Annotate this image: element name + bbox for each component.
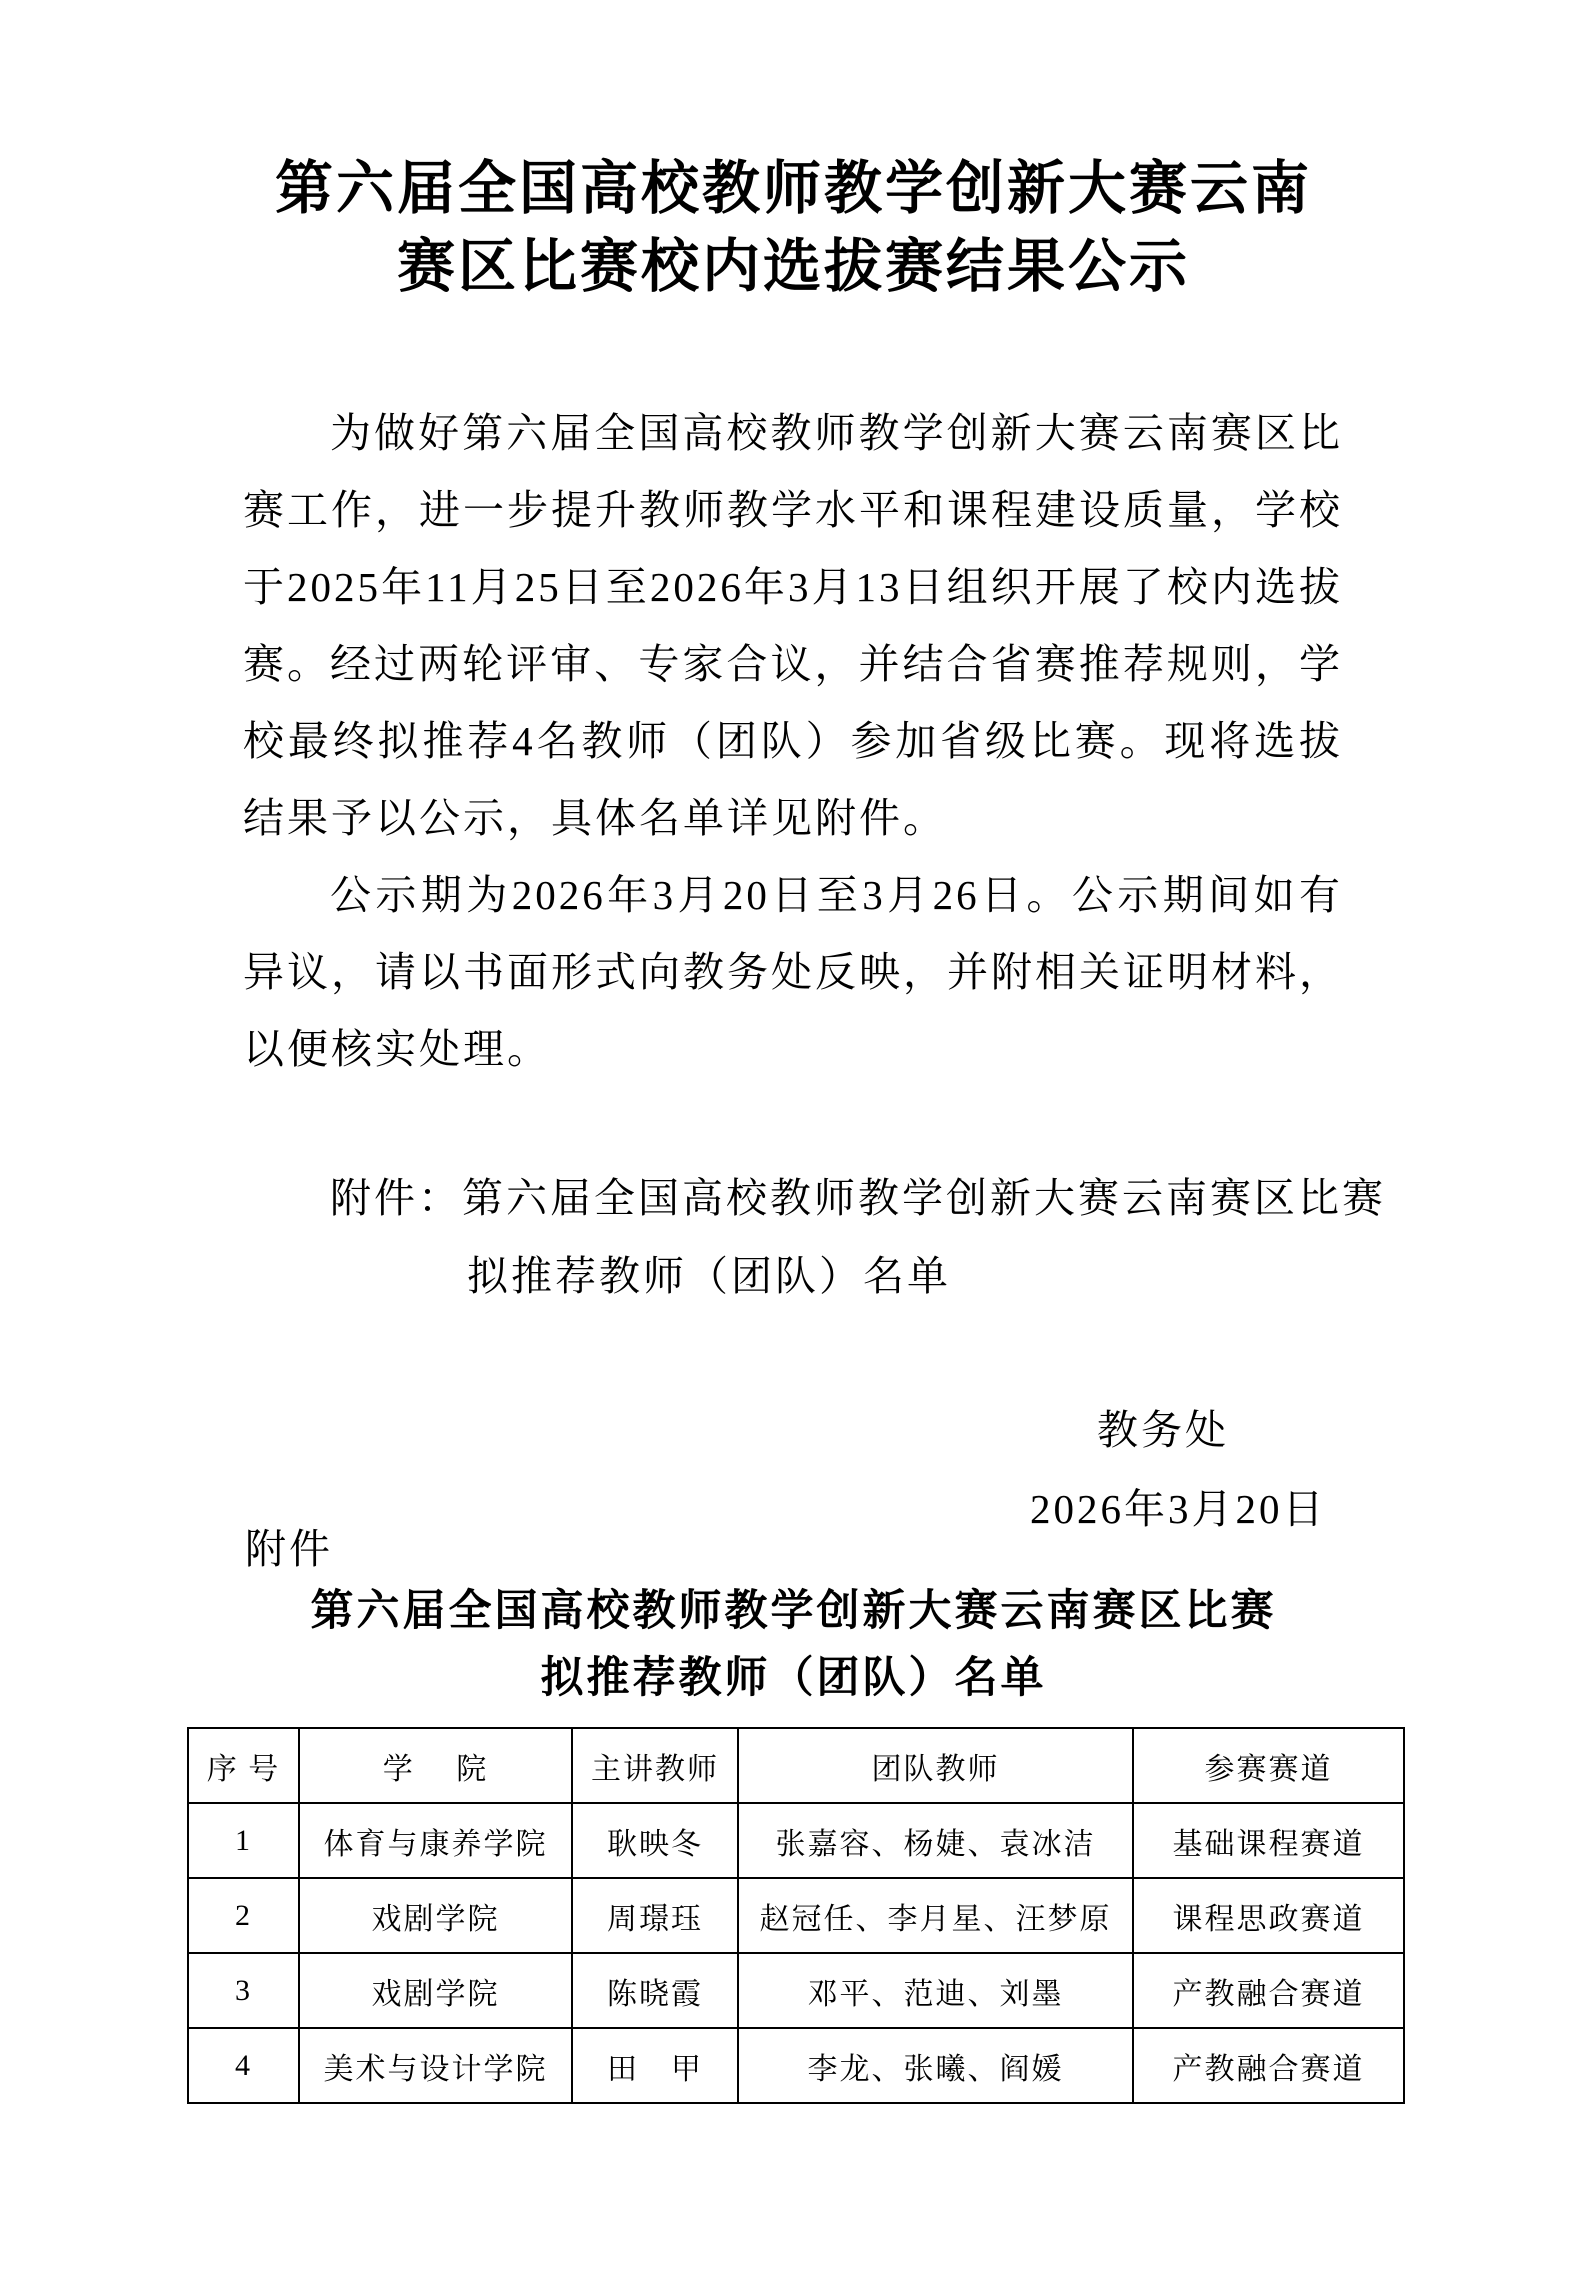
attachment-title-line-2: 拟推荐教师（团队）名单 bbox=[0, 1645, 1587, 1712]
table-row: 1 体育与康养学院 耿映冬 张嘉容、杨婕、袁冰洁 基础课程赛道 bbox=[188, 1803, 1404, 1878]
signature-date: 2026年3月20日 bbox=[1030, 1487, 1327, 1531]
page-title-line-1: 第六届全国高校教师教学创新大赛云南 bbox=[0, 150, 1587, 228]
header-track: 参赛赛道 bbox=[1133, 1728, 1404, 1803]
header-team-teachers: 团队教师 bbox=[738, 1728, 1133, 1803]
header-no: 序 号 bbox=[188, 1728, 299, 1803]
page-title-line-2: 赛区比赛校内选拔赛结果公示 bbox=[0, 228, 1587, 306]
signature-office: 教务处 bbox=[1097, 1408, 1229, 1452]
cell-team-teachers: 张嘉容、杨婕、袁冰洁 bbox=[738, 1803, 1133, 1878]
paragraph-notice-period: 公示期为2026年3月20日至3月26日。公示期间如有异议，请以书面形式向教务处… bbox=[243, 857, 1343, 1088]
cell-lead-teacher: 周璟珏 bbox=[572, 1878, 738, 1953]
attachment-title-line-1: 第六届全国高校教师教学创新大赛云南赛区比赛 bbox=[0, 1578, 1587, 1645]
attachment-note-line-2: 拟推荐教师（团队）名单 bbox=[467, 1254, 951, 1298]
cell-lead-teacher: 耿映冬 bbox=[572, 1803, 738, 1878]
cell-no: 2 bbox=[188, 1878, 299, 1953]
table-row: 3 戏剧学院 陈晓霞 邓平、范迪、刘墨 产教融合赛道 bbox=[188, 1953, 1404, 2028]
header-lead-teacher: 主讲教师 bbox=[572, 1728, 738, 1803]
cell-track: 产教融合赛道 bbox=[1133, 2028, 1404, 2103]
header-college: 学 院 bbox=[299, 1728, 572, 1803]
cell-team-teachers: 邓平、范迪、刘墨 bbox=[738, 1953, 1133, 2028]
cell-no: 1 bbox=[188, 1803, 299, 1878]
cell-no: 4 bbox=[188, 2028, 299, 2103]
cell-college: 美术与设计学院 bbox=[299, 2028, 572, 2103]
attachment-note-label: 附件： bbox=[330, 1175, 462, 1221]
paragraph-result: 经过两轮评审、专家合议，并结合省赛推荐规则，学校最终拟推荐4名教师（团队）参加省… bbox=[243, 626, 1343, 857]
cell-college: 戏剧学院 bbox=[299, 1953, 572, 2028]
attachment-note-line-1: 第六届全国高校教师教学创新大赛云南赛区比赛 bbox=[462, 1175, 1386, 1221]
attachment-label: 附件 bbox=[245, 1527, 333, 1571]
recommended-teachers-table: 序 号 学 院 主讲教师 团队教师 参赛赛道 1 体育与康养学院 耿映冬 张嘉容… bbox=[187, 1727, 1405, 2104]
page-title: 第六届全国高校教师教学创新大赛云南 赛区比赛校内选拔赛结果公示 bbox=[0, 150, 1587, 306]
cell-track: 产教融合赛道 bbox=[1133, 1953, 1404, 2028]
cell-lead-teacher: 陈晓霞 bbox=[572, 1953, 738, 2028]
attachment-title: 第六届全国高校教师教学创新大赛云南赛区比赛 拟推荐教师（团队）名单 bbox=[0, 1578, 1587, 1712]
cell-college: 戏剧学院 bbox=[299, 1878, 572, 1953]
cell-track: 课程思政赛道 bbox=[1133, 1878, 1404, 1953]
cell-lead-teacher: 田 甲 bbox=[572, 2028, 738, 2103]
cell-no: 3 bbox=[188, 1953, 299, 2028]
cell-team-teachers: 李龙、张曦、阎媛 bbox=[738, 2028, 1133, 2103]
table-row: 2 戏剧学院 周璟珏 赵冠任、李月星、汪梦原 课程思政赛道 bbox=[188, 1878, 1404, 1953]
table-row: 4 美术与设计学院 田 甲 李龙、张曦、阎媛 产教融合赛道 bbox=[188, 2028, 1404, 2103]
cell-track: 基础课程赛道 bbox=[1133, 1803, 1404, 1878]
cell-team-teachers: 赵冠任、李月星、汪梦原 bbox=[738, 1878, 1133, 1953]
cell-college: 体育与康养学院 bbox=[299, 1803, 572, 1878]
attachment-note: 附件：第六届全国高校教师教学创新大赛云南赛区比赛 bbox=[330, 1176, 1386, 1220]
table-header-row: 序 号 学 院 主讲教师 团队教师 参赛赛道 bbox=[188, 1728, 1404, 1803]
